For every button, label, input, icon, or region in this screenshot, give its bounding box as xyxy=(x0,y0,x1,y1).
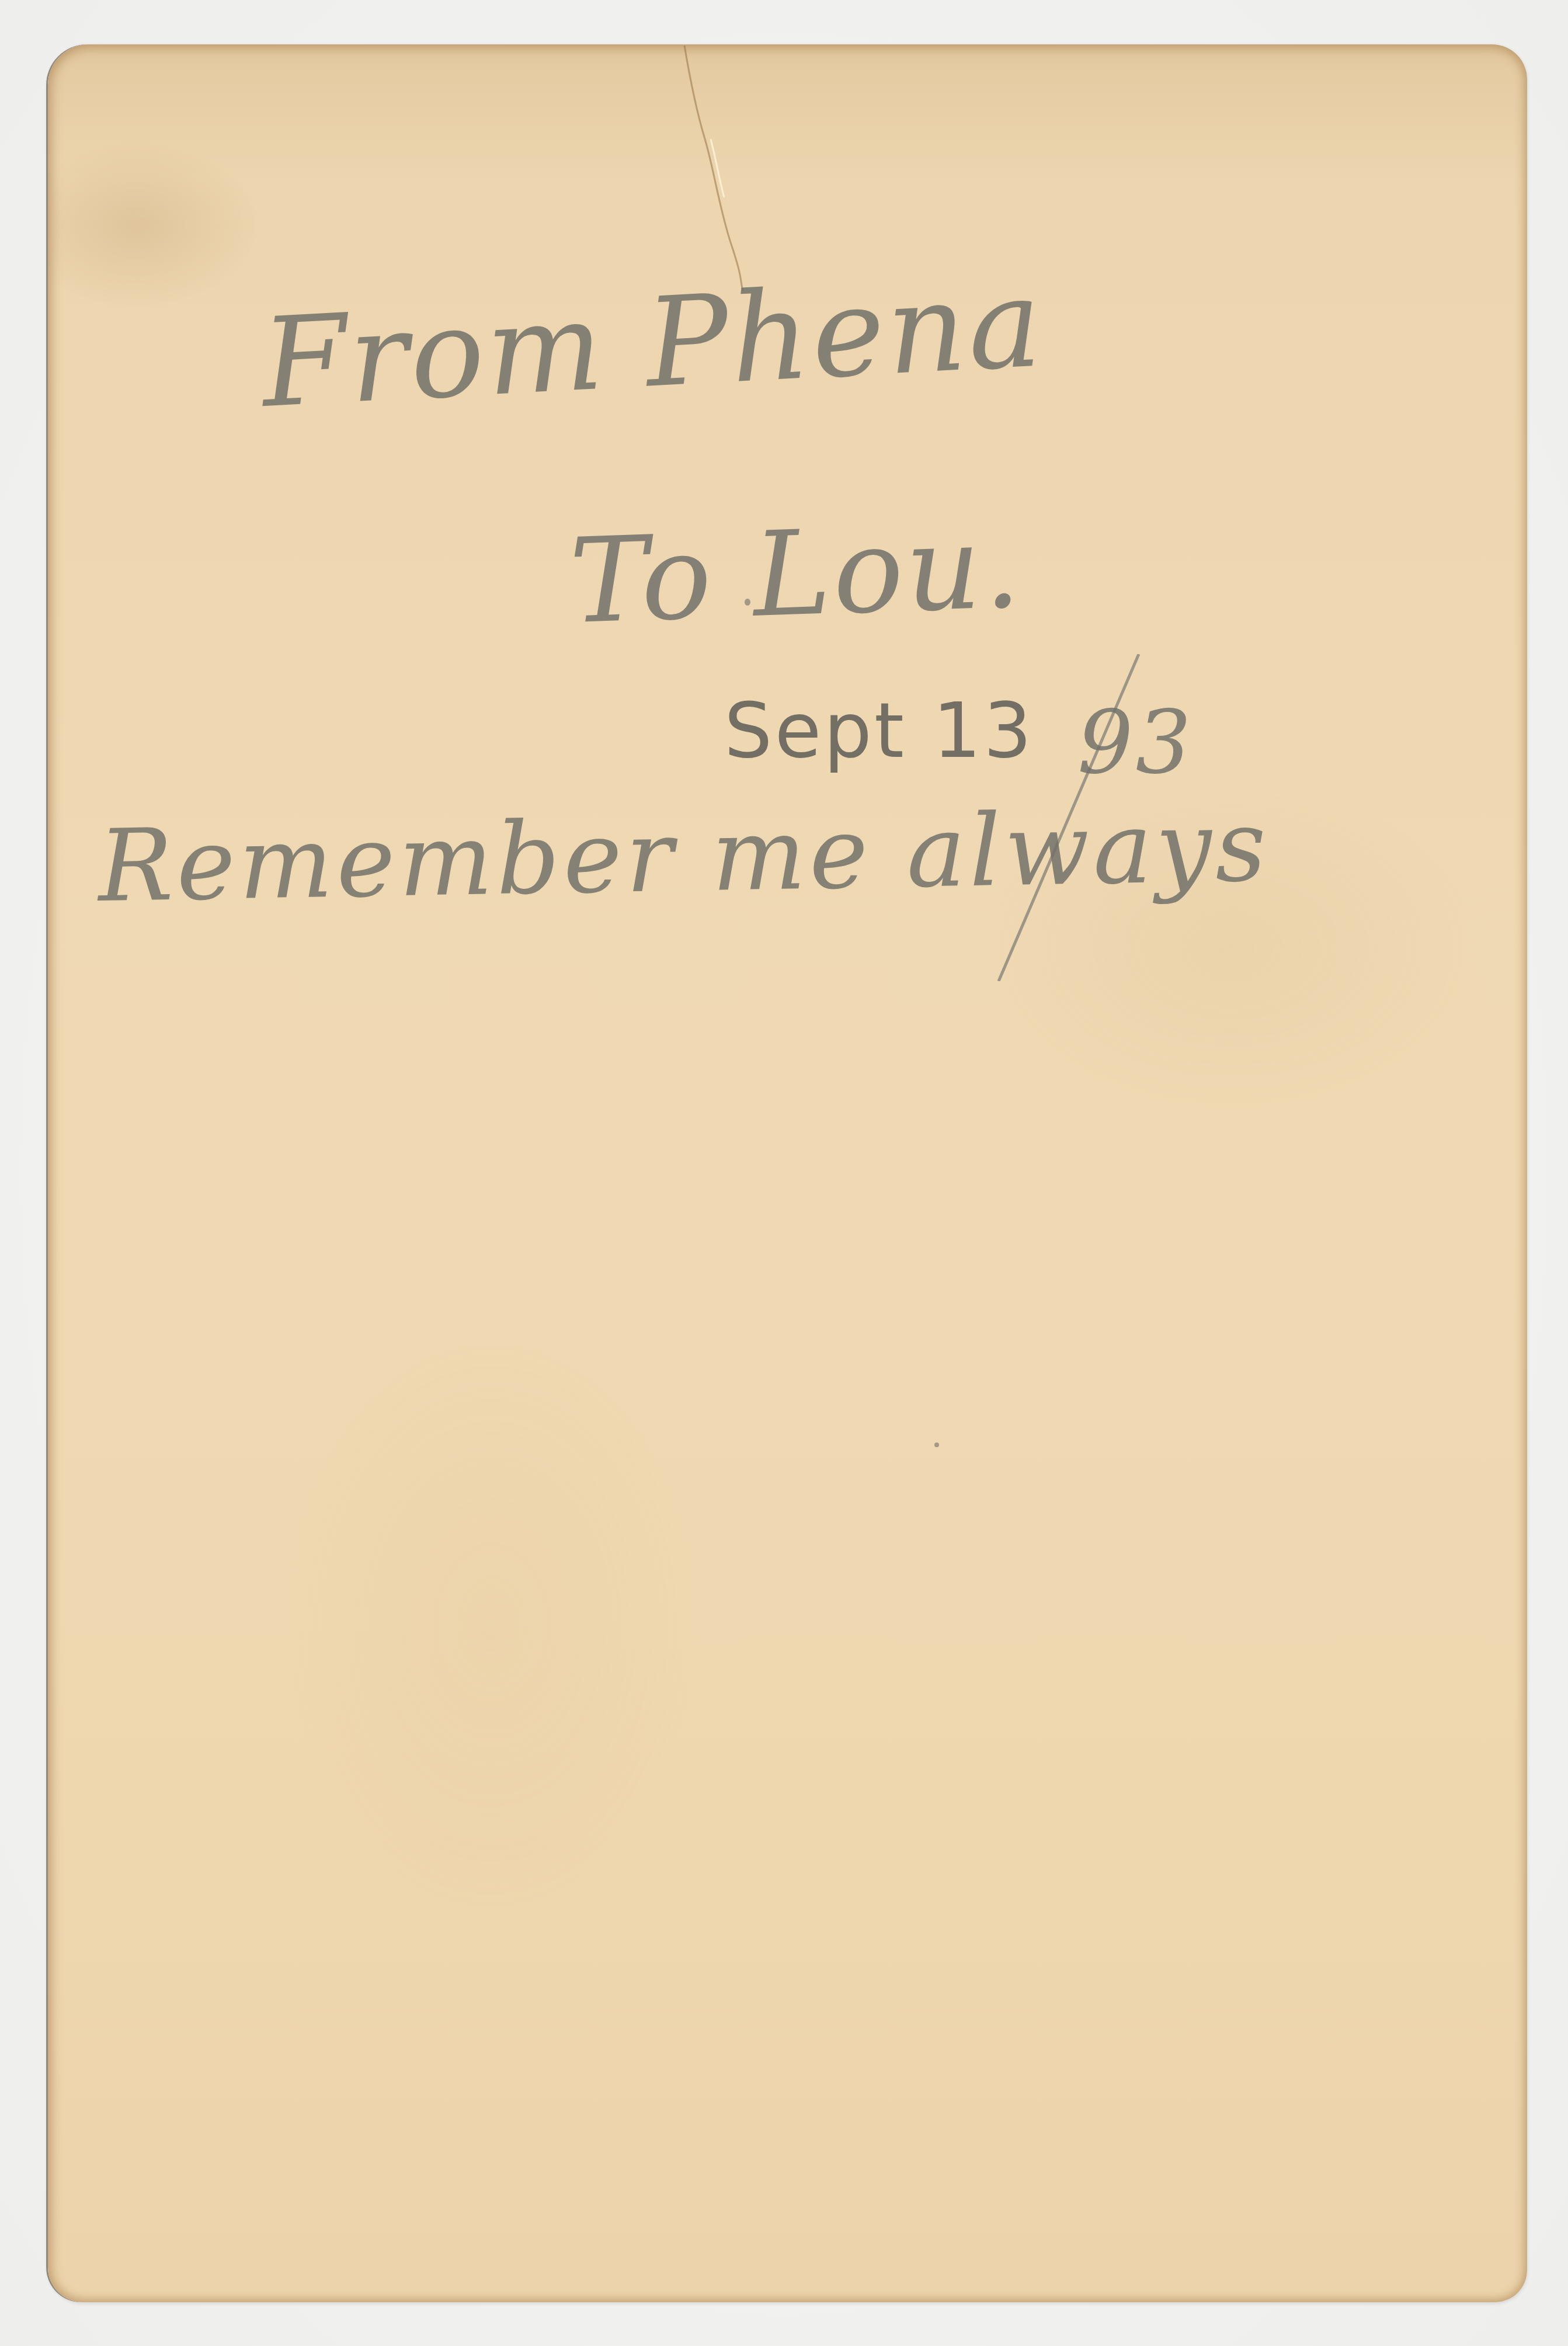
pencil-speck xyxy=(934,1443,939,1447)
inscription-to-line: To Lou. xyxy=(568,498,1025,650)
inscription-date: Sept 13 xyxy=(724,686,1034,775)
pencil-speck xyxy=(745,599,750,606)
inscription-year: 93 xyxy=(1077,692,1194,794)
inscription-remember-line: Remember me always xyxy=(98,788,1271,925)
